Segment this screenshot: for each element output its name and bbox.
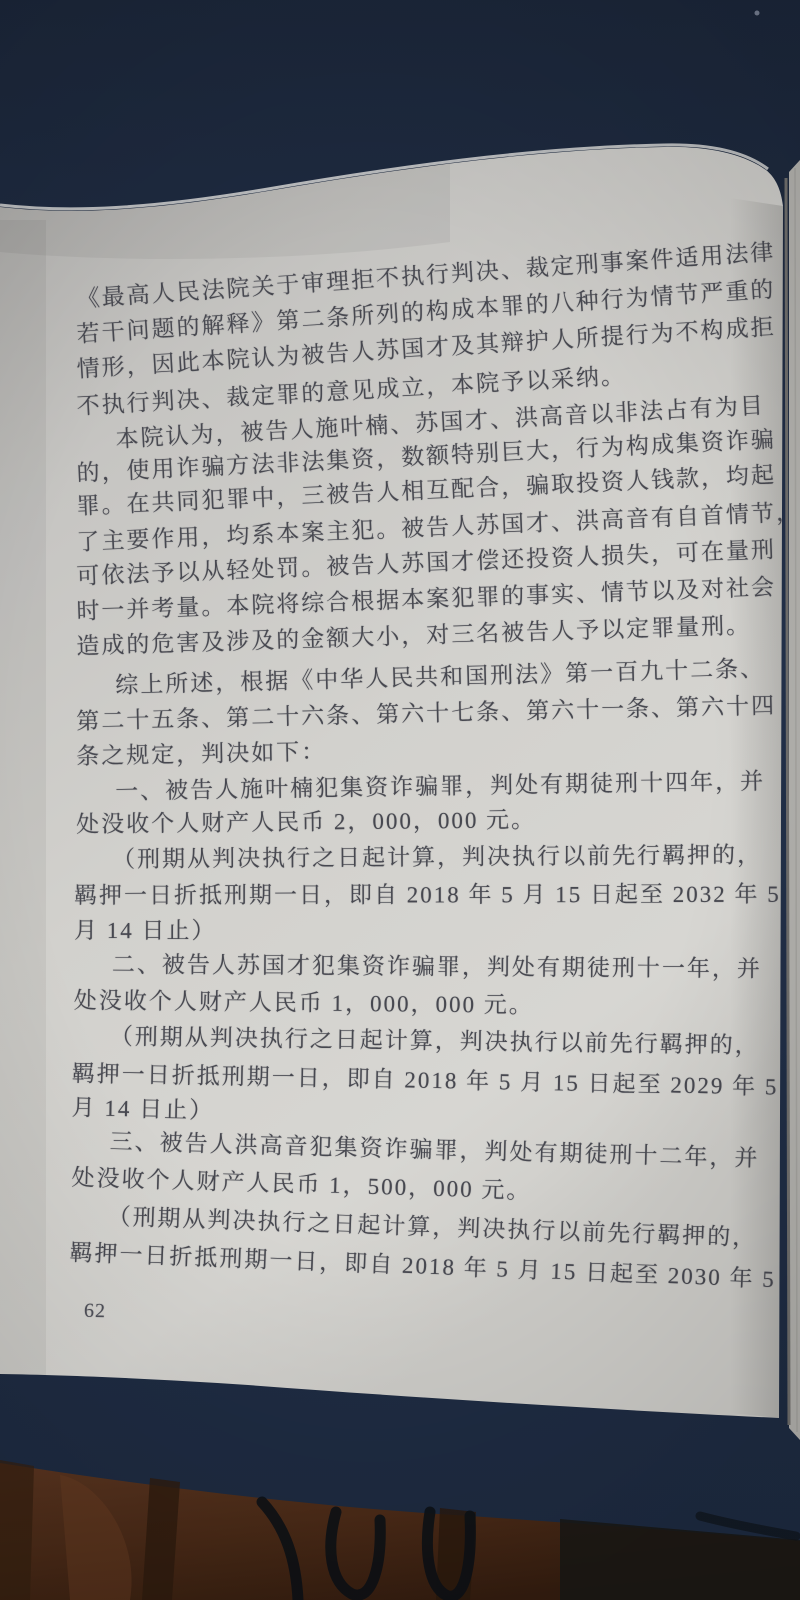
photo-document-page: 《最高人民法院关于审理拒不执行判决、裁定刑事案件适用法律 若干问题的解释》第二条… [0,0,800,1600]
text-line: 处没收个人财产人民币 2，000，000 元。 [76,807,536,838]
text-line: 处没收个人财产人民币 1，000，000 元。 [74,988,534,1019]
text-line: 羁押一日折抵刑期一日，即自 2018 年 5 月 15 日起至 2032 年 5 [74,882,781,910]
page-number: 62 [84,1300,106,1323]
text-line: （刑期从判决执行之日起计算，判决执行以前先行羁押的， [110,1024,760,1060]
text-line: 羁押一日折抵刑期一日，即自 2018 年 5 月 15 日起至 2029 年 5 [71,1061,778,1101]
text-line: 一、被告人施叶楠犯集资诈骗罪，判处有期徒刑十四年，并 [115,769,765,806]
text-line: 二、被告人苏国才犯集资诈骗罪，判处有期徒刑十一年，并 [112,952,762,983]
text-line: 综上所述，根据《中华人民共和国刑法》第一百九十二条、 [115,656,765,699]
text-line: 处没收个人财产人民币 1，500，000 元。 [71,1165,532,1205]
judgment-text-block: 《最高人民法院关于审理拒不执行判决、裁定刑事案件适用法律 若干问题的解释》第二条… [0,0,800,1600]
text-line: （刑期从判决执行之日起计算，判决执行以前先行羁押的， [112,842,762,873]
text-line: 月 14 日止） [71,1095,214,1125]
text-line: 第二十五条、第二十六条、第六十七条、第六十一条、第六十四 [76,693,776,735]
text-line: 条之规定，判决如下： [76,739,326,770]
text-line: 三、被告人洪高音犯集资诈骗罪，判处有期徒刑十二年，并 [109,1129,759,1172]
text-line: 月 14 日止） [74,918,217,945]
